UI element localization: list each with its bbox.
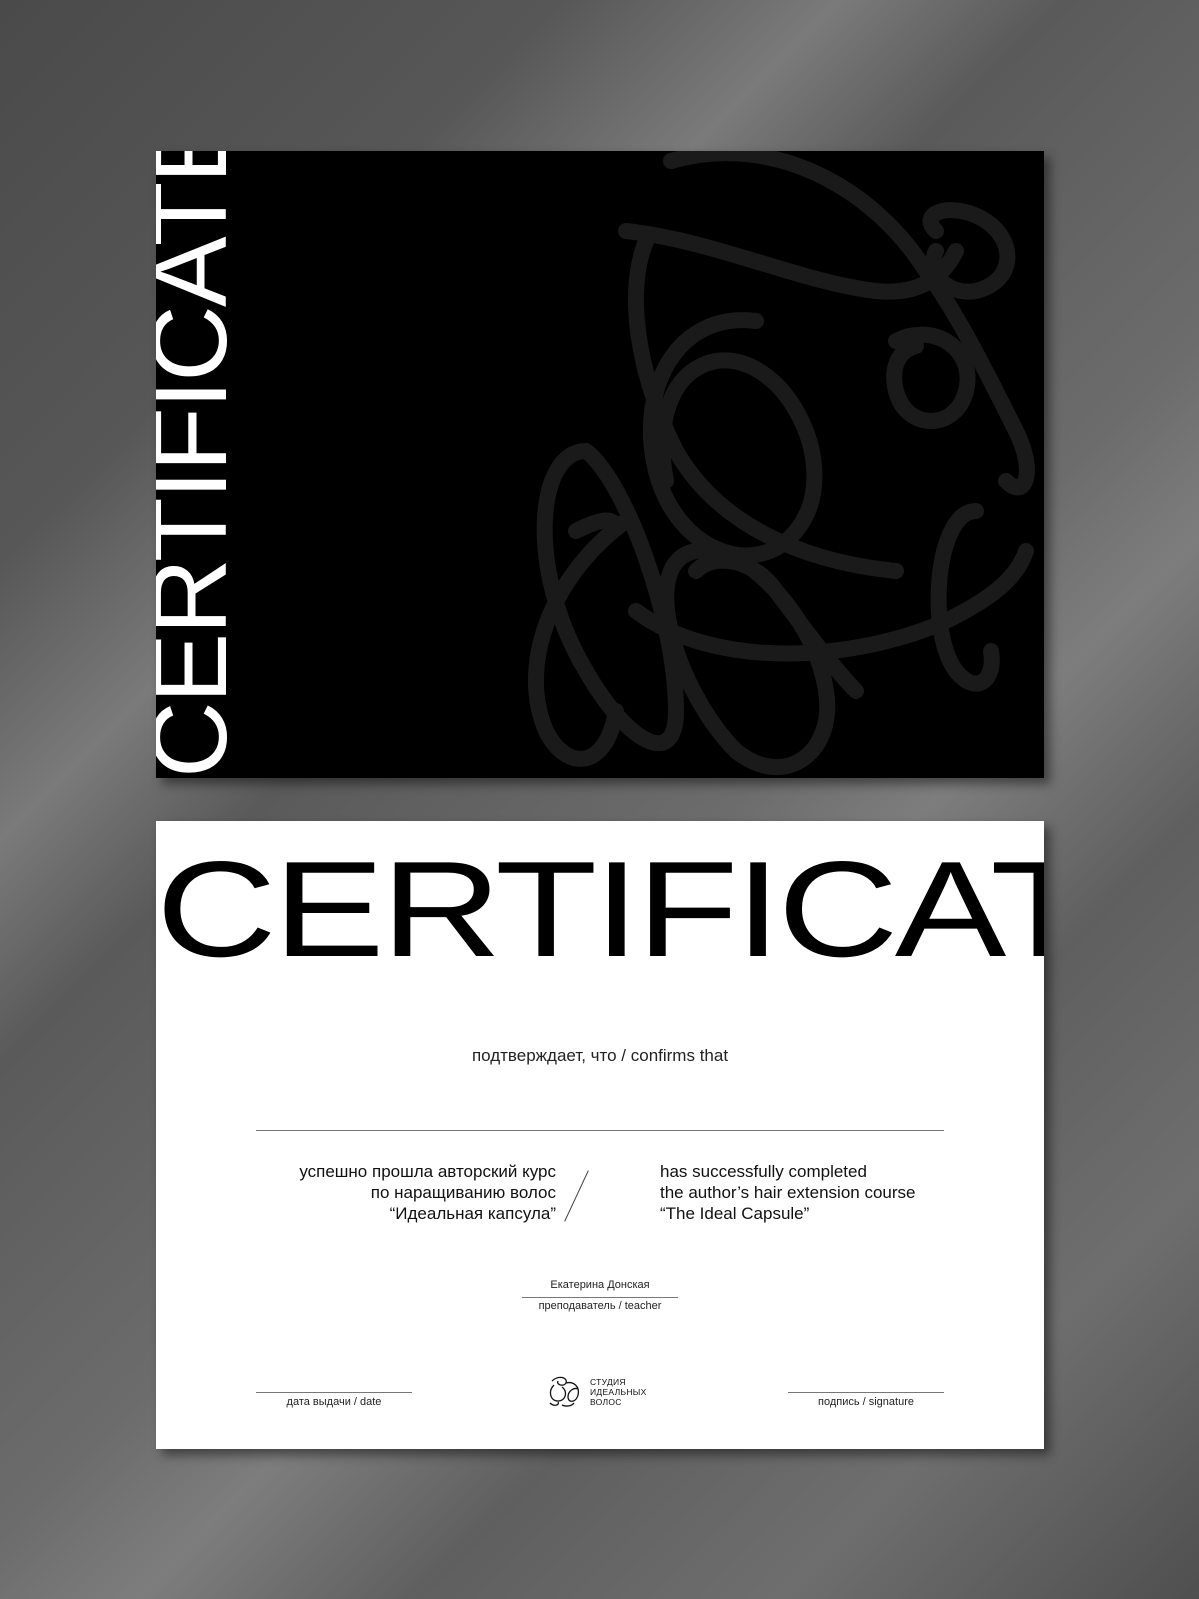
studio-name-line-3: ВОЛОС: [590, 1397, 647, 1407]
teacher-name: Екатерина Донская: [156, 1279, 1044, 1291]
ed-monogram-icon: [156, 151, 1044, 778]
divider-slash: [564, 1170, 589, 1221]
course-en-line-2: the author’s hair extension course: [660, 1182, 915, 1203]
course-en-line-1: has successfully completed: [660, 1161, 915, 1182]
studio-name-line-2: ИДЕАЛЬНЫХ: [590, 1387, 647, 1397]
signature-line[interactable]: [788, 1392, 944, 1393]
teacher-line: [522, 1297, 678, 1298]
course-ru-line-2: по наращиванию волос: [299, 1182, 556, 1203]
ed-monogram-icon: [544, 1375, 584, 1409]
signature-label: подпись / signature: [788, 1396, 944, 1408]
teacher-role: преподаватель / teacher: [156, 1300, 1044, 1312]
studio-name-line-1: СТУДИЯ: [590, 1377, 647, 1387]
recipient-name-line[interactable]: [256, 1130, 944, 1131]
confirms-text: подтверждает, что / confirms that: [156, 1046, 1044, 1066]
studio-logo: СТУДИЯ ИДЕАЛЬНЫХ ВОЛОС: [544, 1375, 647, 1409]
course-description-ru: успешно прошла авторский курс по наращив…: [299, 1161, 556, 1224]
course-ru-line-3: “Идеальная капсула”: [299, 1203, 556, 1224]
date-line[interactable]: [256, 1392, 412, 1393]
course-en-line-3: “The Ideal Capsule”: [660, 1203, 915, 1224]
date-label: дата выдачи / date: [256, 1396, 412, 1408]
course-ru-line-1: успешно прошла авторский курс: [299, 1161, 556, 1182]
studio-name: СТУДИЯ ИДЕАЛЬНЫХ ВОЛОС: [590, 1377, 647, 1407]
certificate-back: CERTIFICATE подтверждает, что / confirms…: [156, 821, 1044, 1449]
back-title: CERTIFICATE: [156, 839, 1044, 979]
certificate-front: CERTIFICATE: [156, 151, 1044, 778]
front-title: CERTIFICATE: [156, 151, 232, 778]
course-description-en: has successfully completed the author’s …: [660, 1161, 915, 1224]
